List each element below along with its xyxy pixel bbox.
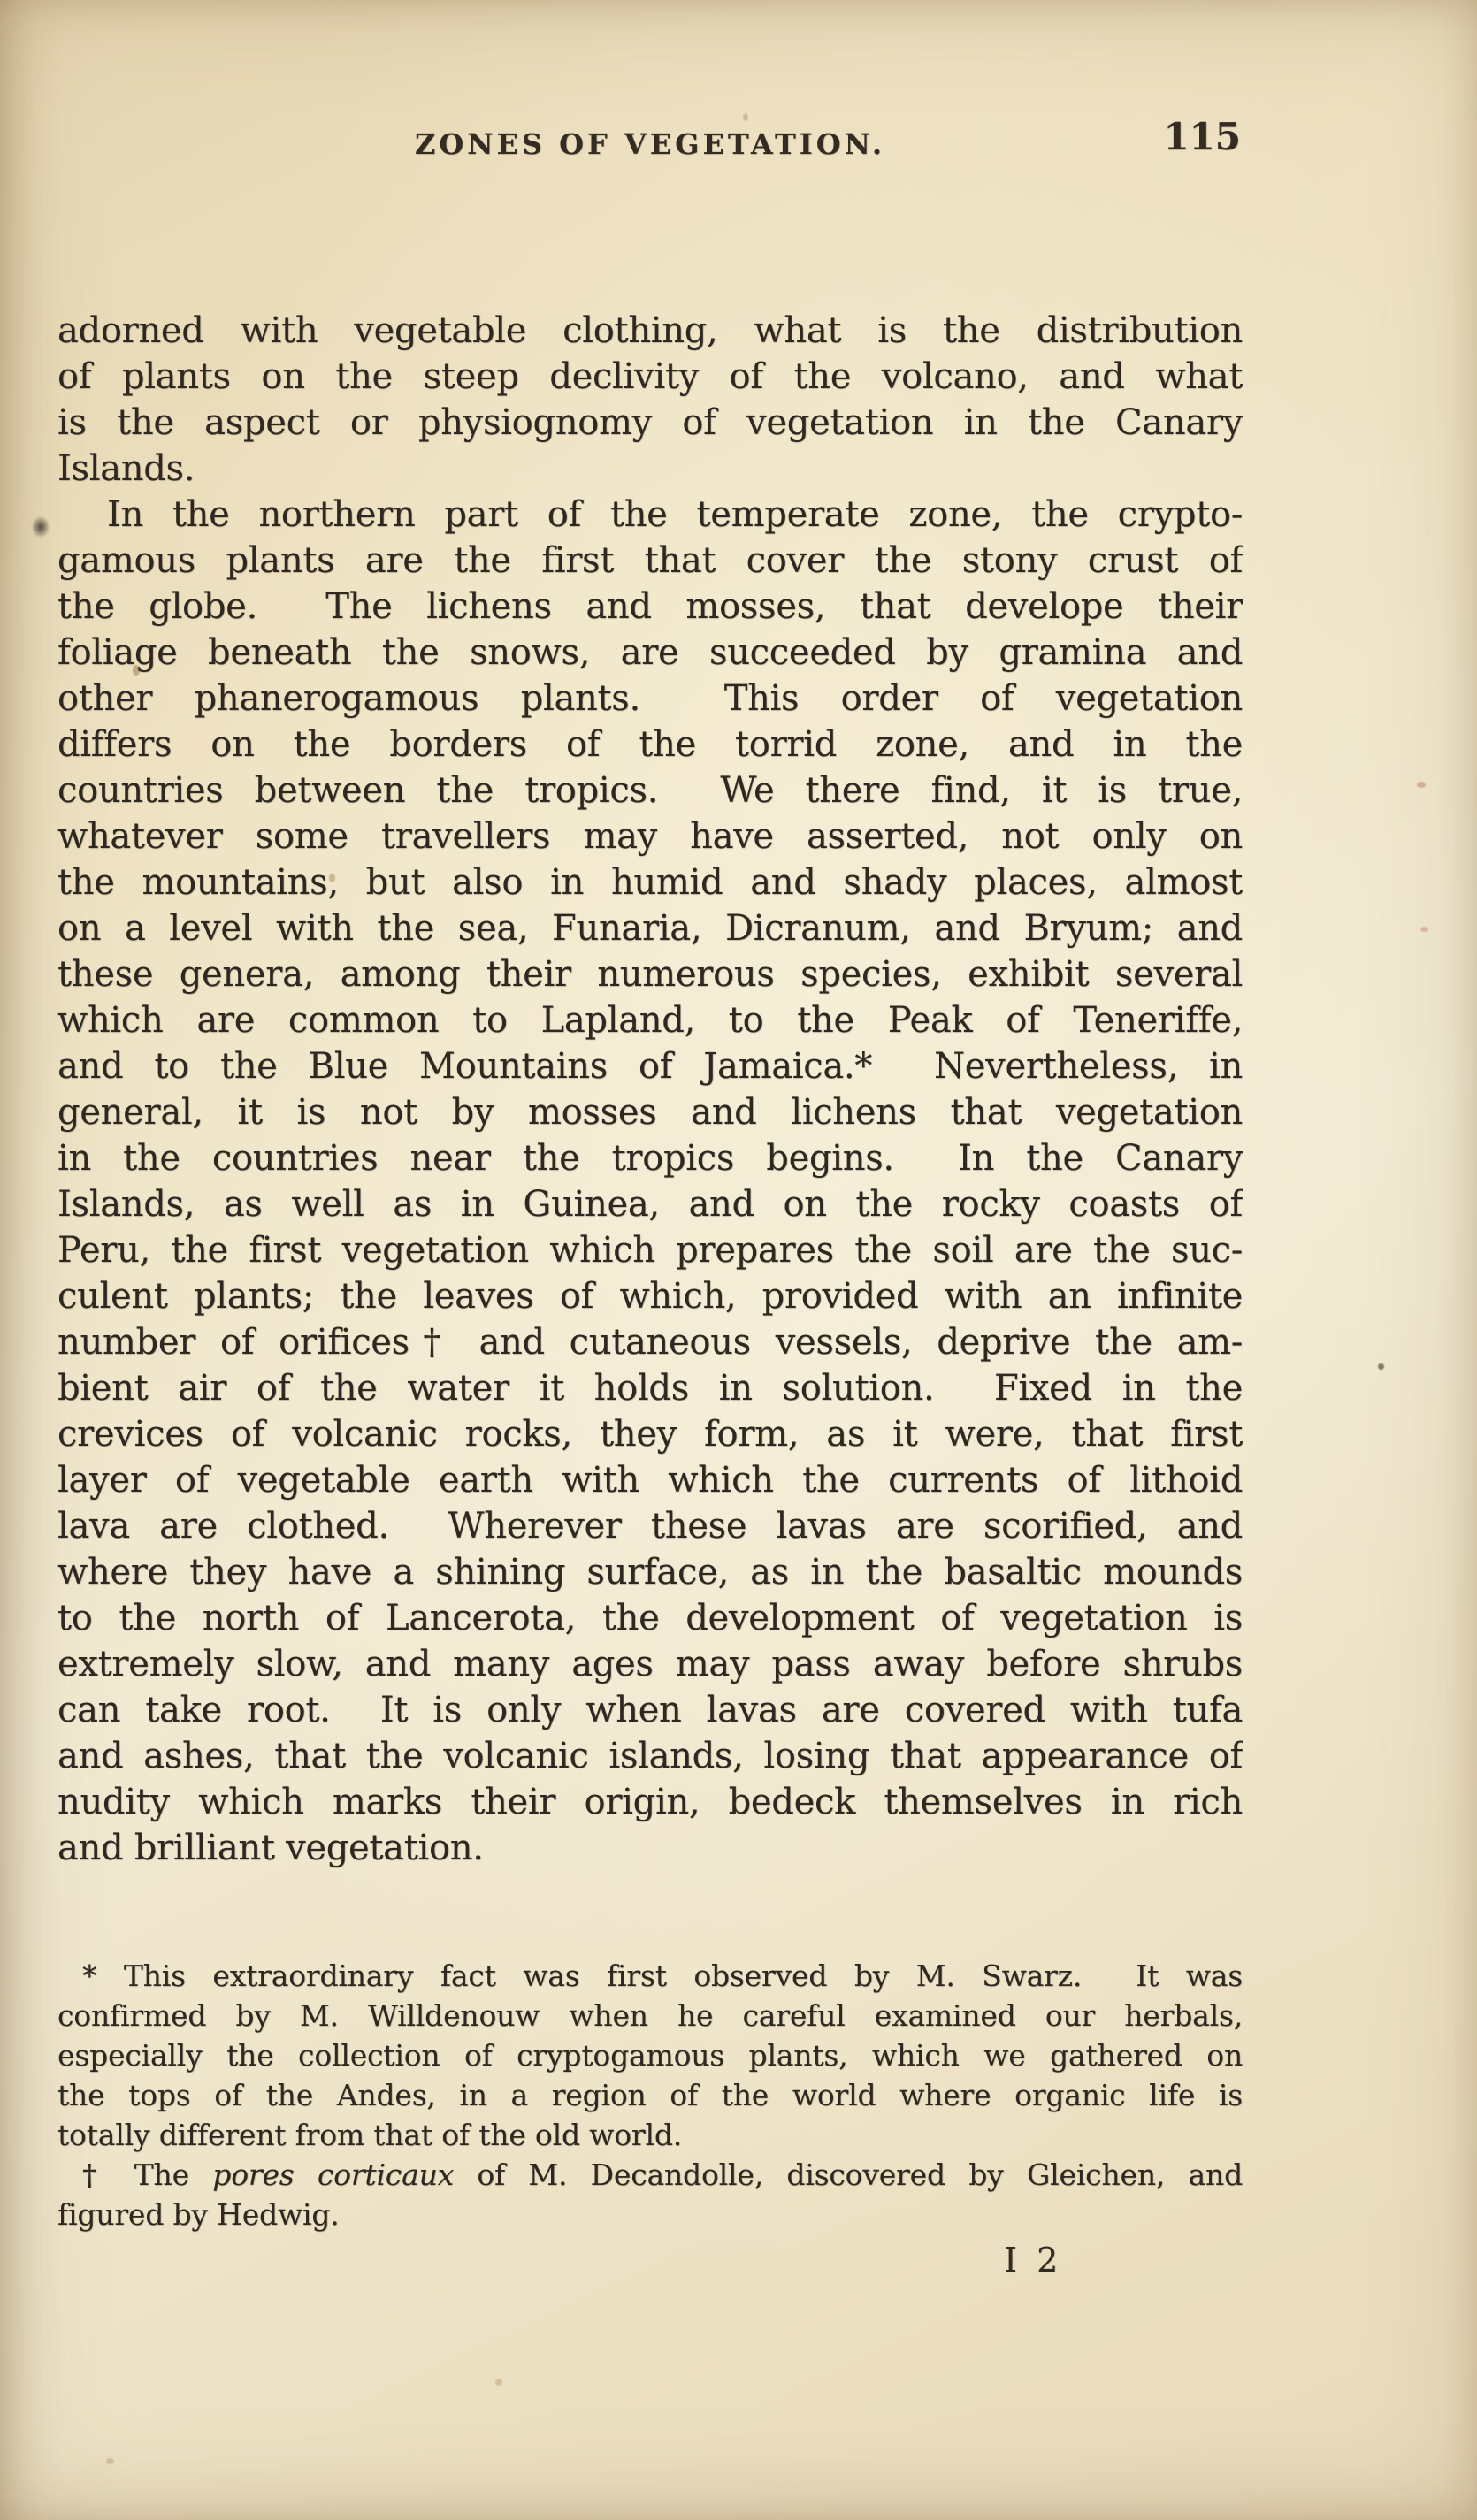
footnote-2-line-1: † The pores corticaux of M. Decandolle, … <box>57 2155 1243 2195</box>
footnote-1: * This extraordinary fact was first obse… <box>57 1956 1243 2155</box>
footnote-2-prefix: † The <box>82 2157 212 2192</box>
text-line: foliage beneath the snows, are succeeded… <box>57 630 1243 676</box>
page-header: ZONES OF VEGETATION. 115 <box>57 120 1243 166</box>
body-text: adorned with vegetable clothing, what is… <box>57 308 1243 1871</box>
text-line: whatever some travellers may have assert… <box>57 813 1243 859</box>
ink-dot <box>1378 1363 1384 1370</box>
text-line: on a level with the sea, Funaria, Dicran… <box>57 905 1243 951</box>
text-line: can take root. It is only when lavas are… <box>57 1687 1243 1733</box>
footnote-2: † The pores corticaux of M. Decandolle, … <box>57 2155 1243 2234</box>
running-title: ZONES OF VEGETATION. <box>57 127 1243 161</box>
text-line: the tops of the Andes, in a region of th… <box>57 2075 1243 2115</box>
text-line: nudity which marks their origin, bedeck … <box>57 1779 1243 1825</box>
paragraph-2: In the northern part of the temperate zo… <box>57 492 1243 1871</box>
signature-mark: I 2 <box>1004 2241 1062 2279</box>
paper-speck <box>1417 782 1426 788</box>
text-line: where they have a shining surface, as in… <box>57 1549 1243 1595</box>
text-line: number of orifices† and cutaneous vessel… <box>57 1319 1243 1365</box>
text-line: gamous plants are the first that cover t… <box>57 538 1243 584</box>
paper-speck <box>106 2458 114 2464</box>
text-line: totally different from that of the old w… <box>57 2115 1243 2155</box>
book-page-scan: ZONES OF VEGETATION. 115 adorned with ve… <box>0 0 1477 2520</box>
text-line: countries between the tropics. We there … <box>57 767 1243 813</box>
text-line: the globe. The lichens and mosses, that … <box>57 584 1243 630</box>
ink-smudge <box>32 516 50 538</box>
text-line: Islands, as well as in Guinea, and on th… <box>57 1181 1243 1227</box>
paper-speck <box>133 665 140 676</box>
text-line: differs on the borders of the torrid zon… <box>57 722 1243 767</box>
paper-speck <box>1420 927 1428 932</box>
text-line: crevices of volcanic rocks, they form, a… <box>57 1411 1243 1457</box>
text-line: confirmed by M. Willdenouw when he caref… <box>57 1996 1243 2035</box>
text-line: to the north of Lancerota, the developme… <box>57 1595 1243 1641</box>
footnote-2-italic-term: pores corticaux <box>212 2157 454 2192</box>
text-line: and brilliant vegetation. <box>57 1825 1243 1871</box>
text-line: Peru, the first vegetation which prepare… <box>57 1227 1243 1273</box>
footnote-2-line-2: figured by Hedwig. <box>57 2195 1243 2234</box>
text-line: In the northern part of the temperate zo… <box>57 492 1243 538</box>
text-line: Islands. <box>57 446 1243 492</box>
text-line: the mountains, but also in humid and sha… <box>57 859 1243 905</box>
text-line: general, it is not by mosses and lichens… <box>57 1089 1243 1135</box>
text-line: and ashes, that the volcanic islands, lo… <box>57 1733 1243 1779</box>
text-line: these genera, among their numerous speci… <box>57 951 1243 997</box>
text-line: which are common to Lapland, to the Peak… <box>57 997 1243 1043</box>
page-number: 115 <box>1163 115 1241 158</box>
text-line: especially the collection of cryptogamou… <box>57 2035 1243 2075</box>
text-line: bient air of the water it holds in solut… <box>57 1365 1243 1411</box>
text-line: lava are clothed. Wherever these lavas a… <box>57 1503 1243 1549</box>
text-line: and to the Blue Mountains of Jamaica.* N… <box>57 1043 1243 1089</box>
text-line: extremely slow, and many ages may pass a… <box>57 1641 1243 1687</box>
paper-speck <box>495 2379 502 2386</box>
text-line: culent plants; the leaves of which, prov… <box>57 1273 1243 1319</box>
paragraph-1: adorned with vegetable clothing, what is… <box>57 308 1243 492</box>
text-line: * This extraordinary fact was first obse… <box>57 1956 1243 1996</box>
footnote-2-rest: of M. Decandolle, discovered by Gleichen… <box>454 2157 1243 2192</box>
text-line: in the countries near the tropics begins… <box>57 1135 1243 1181</box>
paper-speck <box>329 874 335 882</box>
text-line: of plants on the steep declivity of the … <box>57 354 1243 400</box>
footnotes: * This extraordinary fact was first obse… <box>57 1956 1243 2234</box>
text-line: layer of vegetable earth with which the … <box>57 1457 1243 1503</box>
text-line: other phanerogamous plants. This order o… <box>57 676 1243 722</box>
text-line: adorned with vegetable clothing, what is… <box>57 308 1243 354</box>
text-line: is the aspect or physiognomy of vegetati… <box>57 400 1243 446</box>
paper-speck <box>743 113 748 121</box>
